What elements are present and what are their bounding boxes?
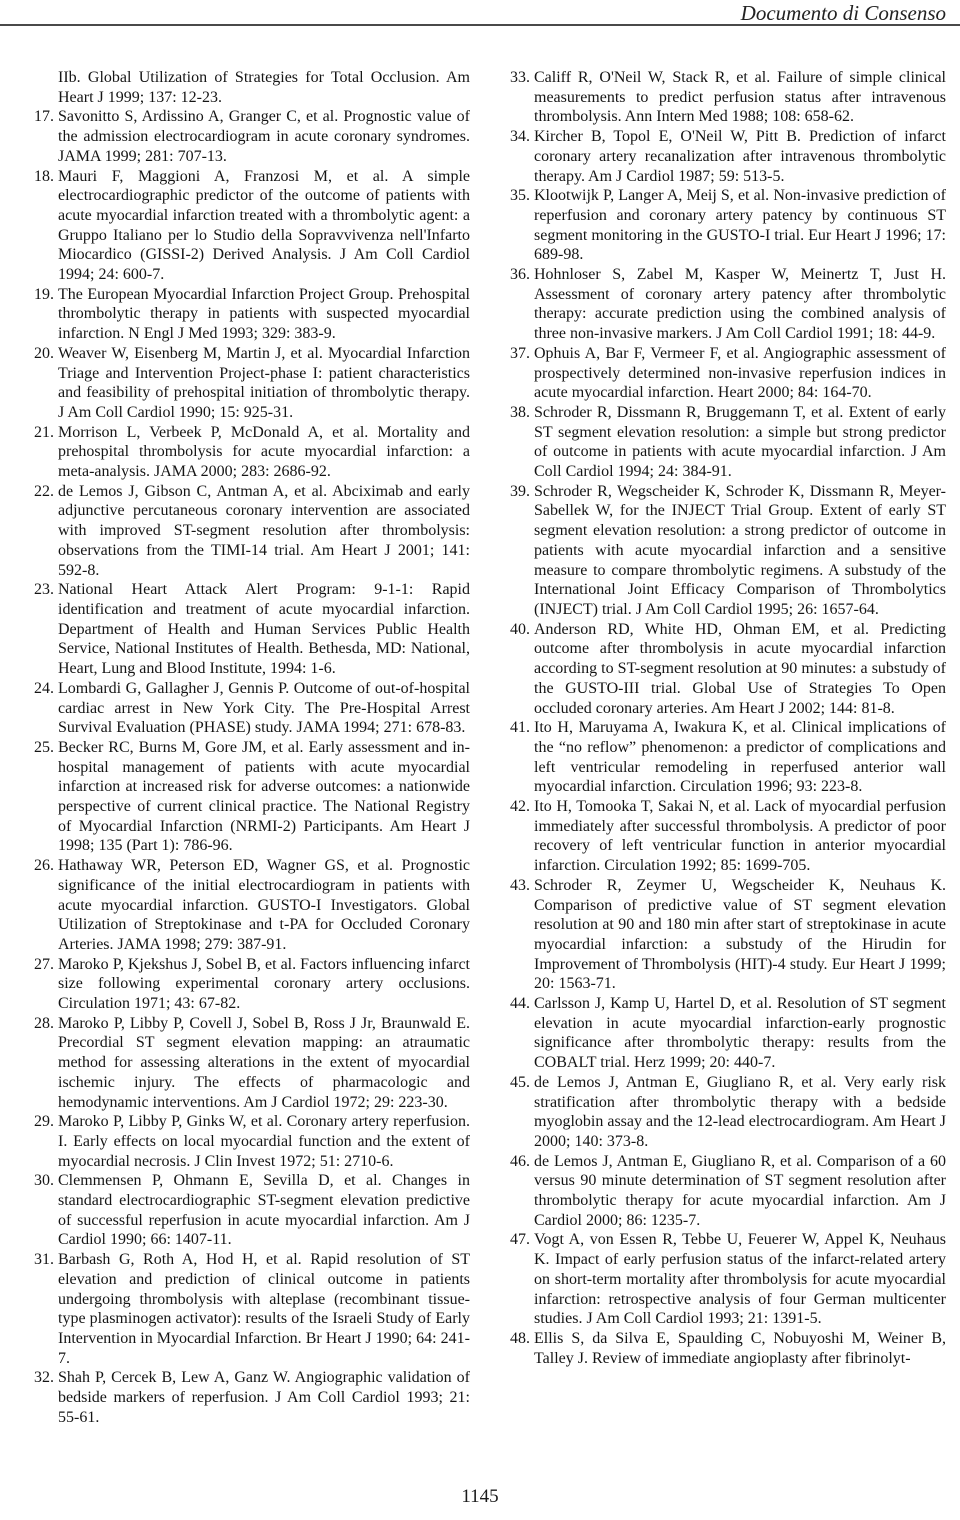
- reference-item: 41.Ito H, Maruyama A, Iwakura K, et al. …: [506, 718, 946, 797]
- reference-number: 29.: [30, 1112, 54, 1132]
- reference-number: 46.: [506, 1152, 530, 1172]
- reference-text: Savonitto S, Ardissino A, Granger C, et …: [58, 108, 470, 164]
- reference-text: Mauri F, Maggioni A, Franzosi M, et al. …: [58, 168, 470, 284]
- reference-item: 44.Carlsson J, Kamp U, Hartel D, et al. …: [506, 994, 946, 1073]
- reference-text: Kircher B, Topol E, O'Neil W, Pitt B. Pr…: [534, 128, 946, 184]
- reference-text: Shah P, Cercek B, Lew A, Ganz W. Angiogr…: [58, 1369, 470, 1425]
- reference-text: Schroder R, Dissmann R, Bruggemann T, et…: [534, 404, 946, 480]
- reference-number: 45.: [506, 1073, 530, 1093]
- reference-number: 38.: [506, 403, 530, 423]
- reference-text: The European Myocardial Infarction Proje…: [58, 286, 470, 342]
- reference-number: 27.: [30, 955, 54, 975]
- reference-item: 21.Morrison L, Verbeek P, McDonald A, et…: [30, 423, 470, 482]
- reference-number: 35.: [506, 186, 530, 206]
- reference-item: 19.The European Myocardial Infarction Pr…: [30, 285, 470, 344]
- reference-text: National Heart Attack Alert Program: 9-1…: [58, 581, 470, 677]
- reference-number: 41.: [506, 718, 530, 738]
- reference-text: Barbash G, Roth A, Hod H, et al. Rapid r…: [58, 1251, 470, 1367]
- reference-item: 40.Anderson RD, White HD, Ohman EM, et a…: [506, 620, 946, 719]
- reference-text: de Lemos J, Antman E, Giugliano R, et al…: [534, 1074, 946, 1150]
- reference-number: 23.: [30, 580, 54, 600]
- reference-number: 24.: [30, 679, 54, 699]
- reference-number: 18.: [30, 167, 54, 187]
- reference-number: 36.: [506, 265, 530, 285]
- reference-item: 38.Schroder R, Dissmann R, Bruggemann T,…: [506, 403, 946, 482]
- reference-text: Morrison L, Verbeek P, McDonald A, et al…: [58, 424, 470, 480]
- references-column-left: IIb. Global Utilization of Strategies fo…: [30, 68, 470, 1428]
- reference-text: Maroko P, Kjekshus J, Sobel B, et al. Fa…: [58, 956, 470, 1012]
- reference-number: 22.: [30, 482, 54, 502]
- header-rule: [0, 24, 960, 26]
- reference-text: IIb. Global Utilization of Strategies fo…: [58, 69, 470, 106]
- reference-text: Carlsson J, Kamp U, Hartel D, et al. Res…: [534, 995, 946, 1071]
- reference-item: 22.de Lemos J, Gibson C, Antman A, et al…: [30, 482, 470, 581]
- reference-item: 43.Schroder R, Zeymer U, Wegscheider K, …: [506, 876, 946, 994]
- reference-item: 39.Schroder R, Wegscheider K, Schroder K…: [506, 482, 946, 620]
- reference-text: Califf R, O'Neil W, Stack R, et al. Fail…: [534, 69, 946, 125]
- reference-text: Ellis S, da Silva E, Spaulding C, Nobuyo…: [534, 1330, 946, 1367]
- reference-item: 48.Ellis S, da Silva E, Spaulding C, Nob…: [506, 1329, 946, 1368]
- reference-text: Hohnloser S, Zabel M, Kasper W, Meinertz…: [534, 266, 946, 342]
- reference-number: 44.: [506, 994, 530, 1014]
- reference-item: 26.Hathaway WR, Peterson ED, Wagner GS, …: [30, 856, 470, 955]
- references-column-right: 33.Califf R, O'Neil W, Stack R, et al. F…: [506, 68, 946, 1368]
- reference-item: 35.Klootwijk P, Langer A, Meij S, et al.…: [506, 186, 946, 265]
- reference-text: Schroder R, Wegscheider K, Schroder K, D…: [534, 483, 946, 618]
- reference-number: 33.: [506, 68, 530, 88]
- reference-number: 30.: [30, 1171, 54, 1191]
- reference-item: 24.Lombardi G, Gallagher J, Gennis P. Ou…: [30, 679, 470, 738]
- page-header-title: Documento di Consenso: [741, 2, 946, 24]
- reference-text: Weaver W, Eisenberg M, Martin J, et al. …: [58, 345, 470, 421]
- reference-item: 17.Savonitto S, Ardissino A, Granger C, …: [30, 107, 470, 166]
- reference-text: Lombardi G, Gallagher J, Gennis P. Outco…: [58, 680, 470, 736]
- reference-number: 34.: [506, 127, 530, 147]
- reference-number: 21.: [30, 423, 54, 443]
- reference-number: 20.: [30, 344, 54, 364]
- reference-text: Maroko P, Libby P, Ginks W, et al. Coron…: [58, 1113, 470, 1169]
- reference-number: 31.: [30, 1250, 54, 1270]
- reference-text: Klootwijk P, Langer A, Meij S, et al. No…: [534, 187, 946, 263]
- reference-text: de Lemos J, Gibson C, Antman A, et al. A…: [58, 483, 470, 579]
- reference-text: Ito H, Tomooka T, Sakai N, et al. Lack o…: [534, 798, 946, 874]
- reference-text: Vogt A, von Essen R, Tebbe U, Feuerer W,…: [534, 1231, 946, 1327]
- reference-item: 31.Barbash G, Roth A, Hod H, et al. Rapi…: [30, 1250, 470, 1368]
- reference-item: 23.National Heart Attack Alert Program: …: [30, 580, 470, 679]
- reference-number: 40.: [506, 620, 530, 640]
- reference-number: 28.: [30, 1014, 54, 1034]
- reference-item: 18.Mauri F, Maggioni A, Franzosi M, et a…: [30, 167, 470, 285]
- page-number: 1145: [0, 1486, 960, 1508]
- reference-item: 45.de Lemos J, Antman E, Giugliano R, et…: [506, 1073, 946, 1152]
- reference-item: 46.de Lemos J, Antman E, Giugliano R, et…: [506, 1152, 946, 1231]
- reference-item: 47.Vogt A, von Essen R, Tebbe U, Feuerer…: [506, 1230, 946, 1329]
- reference-number: 43.: [506, 876, 530, 896]
- reference-item: 25.Becker RC, Burns M, Gore JM, et al. E…: [30, 738, 470, 856]
- reference-text: de Lemos J, Antman E, Giugliano R, et al…: [534, 1153, 946, 1229]
- reference-number: 32.: [30, 1368, 54, 1388]
- reference-item: 33.Califf R, O'Neil W, Stack R, et al. F…: [506, 68, 946, 127]
- reference-number: 19.: [30, 285, 54, 305]
- reference-item: 20.Weaver W, Eisenberg M, Martin J, et a…: [30, 344, 470, 423]
- reference-item: 42.Ito H, Tomooka T, Sakai N, et al. Lac…: [506, 797, 946, 876]
- reference-item: 27.Maroko P, Kjekshus J, Sobel B, et al.…: [30, 955, 470, 1014]
- document-page: Documento di Consenso IIb. Global Utiliz…: [0, 0, 960, 1520]
- reference-number: 42.: [506, 797, 530, 817]
- reference-number: 25.: [30, 738, 54, 758]
- reference-text: Ophuis A, Bar F, Vermeer F, et al. Angio…: [534, 345, 946, 401]
- reference-number: 26.: [30, 856, 54, 876]
- reference-number: 48.: [506, 1329, 530, 1349]
- reference-item: 34.Kircher B, Topol E, O'Neil W, Pitt B.…: [506, 127, 946, 186]
- reference-text: Clemmensen P, Ohmann E, Sevilla D, et al…: [58, 1172, 470, 1248]
- reference-text: Hathaway WR, Peterson ED, Wagner GS, et …: [58, 857, 470, 953]
- reference-number: 37.: [506, 344, 530, 364]
- reference-number: 39.: [506, 482, 530, 502]
- reference-number: 17.: [30, 107, 54, 127]
- reference-item: 29.Maroko P, Libby P, Ginks W, et al. Co…: [30, 1112, 470, 1171]
- reference-text: Schroder R, Zeymer U, Wegscheider K, Neu…: [534, 877, 946, 993]
- reference-item: 28.Maroko P, Libby P, Covell J, Sobel B,…: [30, 1014, 470, 1113]
- reference-item: 37.Ophuis A, Bar F, Vermeer F, et al. An…: [506, 344, 946, 403]
- reference-text: Becker RC, Burns M, Gore JM, et al. Earl…: [58, 739, 470, 855]
- reference-text: Ito H, Maruyama A, Iwakura K, et al. Cli…: [534, 719, 946, 795]
- reference-item: 32.Shah P, Cercek B, Lew A, Ganz W. Angi…: [30, 1368, 470, 1427]
- reference-number: 47.: [506, 1230, 530, 1250]
- reference-text: Anderson RD, White HD, Ohman EM, et al. …: [534, 621, 946, 717]
- reference-item: 36.Hohnloser S, Zabel M, Kasper W, Meine…: [506, 265, 946, 344]
- reference-item: 30.Clemmensen P, Ohmann E, Sevilla D, et…: [30, 1171, 470, 1250]
- reference-item: IIb. Global Utilization of Strategies fo…: [30, 68, 470, 107]
- reference-text: Maroko P, Libby P, Covell J, Sobel B, Ro…: [58, 1015, 470, 1111]
